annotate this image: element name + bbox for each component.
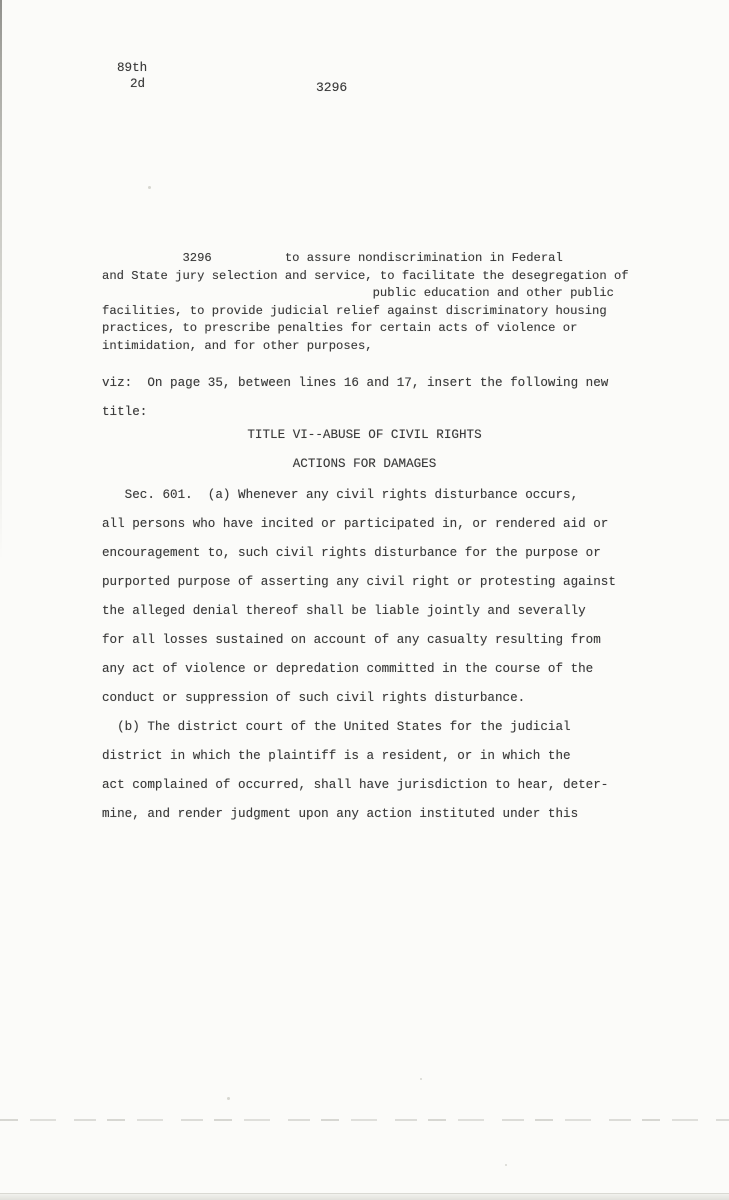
subtitle-heading: ACTIONS FOR DAMAGES bbox=[0, 457, 729, 471]
section-601-body: Sec. 601. (a) Whenever any civil rights … bbox=[102, 481, 616, 829]
body-line: act complained of occurred, shall have j… bbox=[102, 771, 616, 800]
paper-left-edge-shadow bbox=[0, 0, 2, 560]
bill-summary-line: public education and other public bbox=[102, 285, 629, 303]
body-line: conduct or suppression of such civil rig… bbox=[102, 684, 616, 713]
body-line: purported purpose of asserting any civil… bbox=[102, 568, 616, 597]
body-line: the alleged denial thereof shall be liab… bbox=[102, 597, 616, 626]
body-line: any act of violence or depredation commi… bbox=[102, 655, 616, 684]
document-page: 89th 2d 3296 3296 to assure nondiscrimin… bbox=[0, 0, 729, 1200]
body-line: encouragement to, such civil rights dist… bbox=[102, 539, 616, 568]
scan-speck bbox=[420, 1078, 422, 1080]
bill-summary-paragraph: 3296 to assure nondiscrimination in Fede… bbox=[102, 250, 629, 355]
scan-speck bbox=[227, 1097, 230, 1100]
bill-summary-line: and State jury selection and service, to… bbox=[102, 268, 629, 286]
paper-bottom-edge-shadow bbox=[0, 1193, 729, 1200]
body-line: district in which the plaintiff is a res… bbox=[102, 742, 616, 771]
amendment-instruction-line: viz: On page 35, between lines 16 and 17… bbox=[102, 369, 608, 398]
body-line: (b) The district court of the United Sta… bbox=[102, 713, 616, 742]
congress-session-block: 89th 2d bbox=[117, 60, 147, 92]
scan-artifact-line bbox=[0, 1119, 729, 1121]
bill-summary-line: intimidation, and for other purposes, bbox=[102, 338, 629, 356]
body-line: mine, and render judgment upon any actio… bbox=[102, 800, 616, 829]
session-number: 2d bbox=[117, 76, 147, 92]
bill-summary-line: facilities, to provide judicial relief a… bbox=[102, 303, 629, 321]
amendment-instruction: viz: On page 35, between lines 16 and 17… bbox=[102, 369, 608, 427]
title-heading: TITLE VI--ABUSE OF CIVIL RIGHTS bbox=[0, 428, 729, 442]
scan-speck bbox=[505, 1164, 507, 1166]
body-line: all persons who have incited or particip… bbox=[102, 510, 616, 539]
scan-speck bbox=[148, 186, 151, 189]
congress-number: 89th bbox=[117, 60, 147, 76]
bill-summary-line: practices, to prescribe penalties for ce… bbox=[102, 320, 629, 338]
bill-summary-line: 3296 to assure nondiscrimination in Fede… bbox=[102, 250, 629, 268]
body-line: for all losses sustained on account of a… bbox=[102, 626, 616, 655]
body-line: Sec. 601. (a) Whenever any civil rights … bbox=[102, 481, 616, 510]
amendment-instruction-line: title: bbox=[102, 398, 608, 427]
page-number: 3296 bbox=[316, 80, 347, 95]
